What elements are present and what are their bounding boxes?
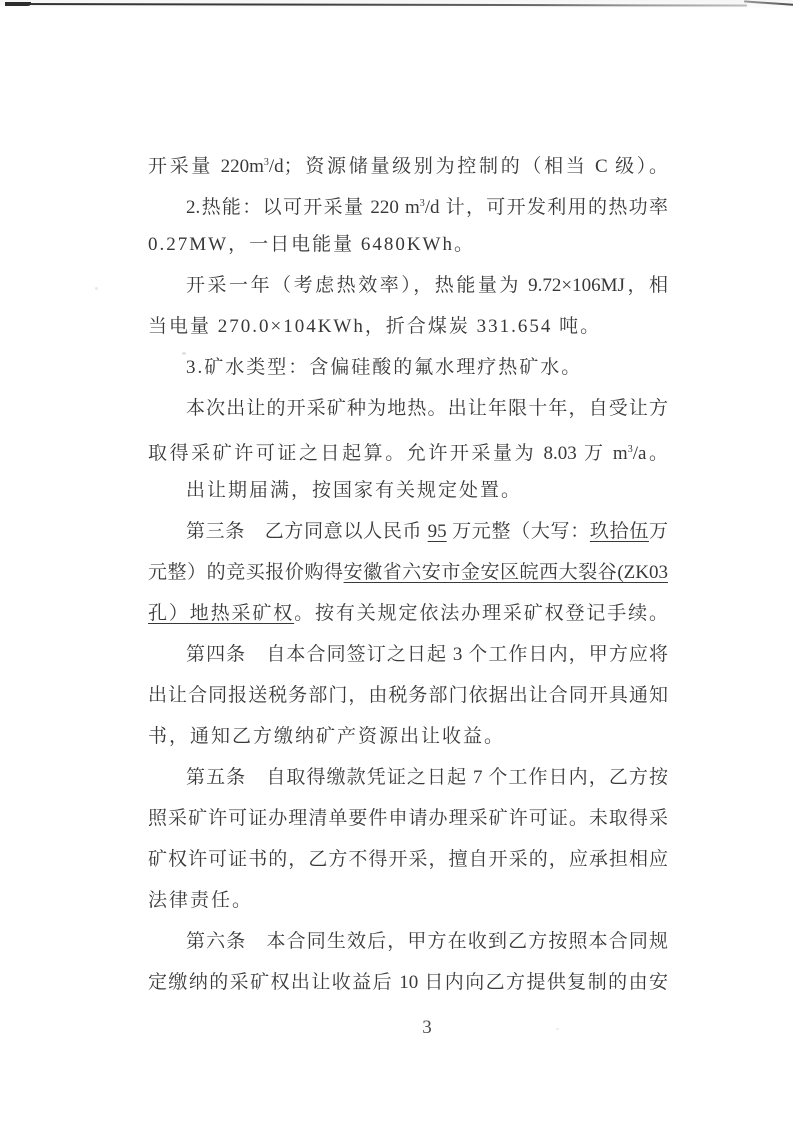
page-number: 3	[357, 1015, 497, 1041]
text-line: 定缴纳的采矿权出让收益后 10 日内向乙方提供复制的由安	[148, 962, 668, 1003]
scan-speck	[556, 1028, 559, 1030]
text-line: 孔）地热采矿权。按有关规定依法办理采矿权登记手续。	[148, 593, 668, 634]
paragraph-clause-3-price: 第三条 乙方同意以人民币 95 万元整（大写：玖拾伍万元整）的竞买报价购得安徽省…	[148, 511, 668, 634]
text-run: 法律责任。	[148, 890, 253, 911]
text-line: 第六条 本合同生效后，甲方在收到乙方按照本合同规	[148, 921, 668, 962]
text-run: 当电量 270.0×104KWh，折合煤炭 331.654 吨。	[148, 316, 601, 337]
underlined-text: 玖拾伍	[590, 521, 649, 542]
text-run: 开采量 220m	[148, 156, 264, 177]
text-run: 2.热能：以可开采量 220 m	[186, 197, 420, 218]
text-run: 第六条 本合同生效后，甲方在收到乙方按照本合同规	[186, 931, 668, 952]
text-line: 本次出让的开采矿种为地热。出让年限十年，自受让方	[148, 388, 668, 429]
text-line: 第五条 自取得缴款凭证之日起 7 个工作日内，乙方按	[148, 757, 668, 798]
text-line: 取得采矿许可证之日起算。允许开采量为 8.03 万 m3/a。	[148, 429, 668, 470]
scan-artifact-top-right-slant	[744, 0, 793, 6]
text-line: 出让期届满，按国家有关规定处置。	[148, 470, 668, 511]
text-line: 开采量 220m3/d；资源储量级别为控制的（相当 C 级）。	[148, 142, 668, 183]
text-run: 开采一年（考虑热效率），热能量为 9.72×106MJ，相	[186, 275, 668, 296]
paragraph-clause-5-mining-permit: 第五条 自取得缴款凭证之日起 7 个工作日内，乙方按照采矿许可证办理清单要件申请…	[148, 757, 668, 921]
text-run: 万	[649, 521, 668, 542]
text-run: /d 计，可开发利用的热功率	[425, 197, 668, 218]
text-line: 开采一年（考虑热效率），热能量为 9.72×106MJ，相	[148, 265, 668, 306]
text-run: 本次出让的开采矿种为地热。出让年限十年，自受让方	[186, 398, 668, 419]
text-run: 0.27MW，一日电能量 6480KWh。	[148, 234, 475, 255]
text-run: 照采矿许可证办理清单要件申请办理采矿许可证。未取得采	[148, 808, 668, 829]
text-line: 出让合同报送税务部门，由税务部门依据出让合同开具通知	[148, 675, 668, 716]
underlined-text: 孔）地热采矿权	[148, 603, 294, 624]
text-line: 书，通知乙方缴纳矿产资源出让收益。	[148, 716, 668, 757]
paragraph-item-2-thermal-energy: 2.热能：以可开采量 220 m3/d 计，可开发利用的热功率0.27MW，一日…	[148, 183, 668, 265]
text-run: /d；资源储量级别为控制的（相当 C 级）。	[269, 156, 668, 177]
text-run: 出让期届满，按国家有关规定处置。	[186, 480, 522, 501]
text-run: 第四条 自本合同签订之日起 3 个工作日内，甲方应将	[186, 644, 668, 665]
text-run: /a。	[633, 443, 668, 464]
text-line: 矿权许可证书的，乙方不得开采，擅自开采的，应承担相应	[148, 839, 668, 880]
text-line: 0.27MW，一日电能量 6480KWh。	[148, 224, 668, 265]
text-run: 第三条 乙方同意以人民币	[186, 521, 428, 542]
paragraph-clause-6-effectiveness: 第六条 本合同生效后，甲方在收到乙方按照本合同规定缴纳的采矿权出让收益后 10 …	[148, 921, 668, 1003]
text-run: 出让合同报送税务部门，由税务部门依据出让合同开具通知	[148, 685, 668, 706]
text-run: 取得采矿许可证之日起算。允许开采量为 8.03 万 m	[148, 443, 628, 464]
underlined-text: 安徽省六安市金安区皖西大裂谷(ZK03	[344, 562, 668, 583]
text-run: 定缴纳的采矿权出让收益后 10 日内向乙方提供复制的由安	[148, 972, 668, 993]
paragraph-transfer-expiry: 出让期届满，按国家有关规定处置。	[148, 470, 668, 511]
text-line: 第四条 自本合同签订之日起 3 个工作日内，甲方应将	[148, 634, 668, 675]
scan-speck	[95, 287, 98, 290]
scan-artifact-top-left-wedge	[5, 2, 31, 6]
paragraph-transfer-species-and-term: 本次出让的开采矿种为地热。出让年限十年，自受让方取得采矿许可证之日起算。允许开采…	[148, 388, 668, 470]
text-line: 当电量 270.0×104KWh，折合煤炭 331.654 吨。	[148, 306, 668, 347]
text-run: 矿权许可证书的，乙方不得开采，擅自开采的，应承担相应	[148, 849, 668, 870]
contract-body: 开采量 220m3/d；资源储量级别为控制的（相当 C 级）。2.热能：以可开采…	[148, 142, 668, 1003]
scanned-contract-page: 开采量 220m3/d；资源储量级别为控制的（相当 C 级）。2.热能：以可开采…	[0, 0, 793, 1122]
text-line: 3.矿水类型：含偏硅酸的氟水理疗热矿水。	[148, 347, 668, 388]
text-run: 书，通知乙方缴纳矿产资源出让收益。	[148, 726, 505, 747]
paragraph-clause-4-tax-notification: 第四条 自本合同签订之日起 3 个工作日内，甲方应将出让合同报送税务部门，由税务…	[148, 634, 668, 757]
underlined-text: 95	[428, 521, 447, 542]
paragraph-annual-extraction-energy: 开采一年（考虑热效率），热能量为 9.72×106MJ，相当电量 270.0×1…	[148, 265, 668, 347]
scan-artifact-top-edge	[7, 3, 747, 7]
text-run: 元整）的竞买报价购得	[148, 562, 344, 583]
text-line: 2.热能：以可开采量 220 m3/d 计，可开发利用的热功率	[148, 183, 668, 224]
paragraph-clause-continuation-extraction-volume: 开采量 220m3/d；资源储量级别为控制的（相当 C 级）。	[148, 142, 668, 183]
text-line: 元整）的竞买报价购得安徽省六安市金安区皖西大裂谷(ZK03	[148, 552, 668, 593]
text-run: 3.矿水类型：含偏硅酸的氟水理疗热矿水。	[186, 357, 582, 378]
text-line: 照采矿许可证办理清单要件申请办理采矿许可证。未取得采	[148, 798, 668, 839]
paragraph-item-3-mineral-water-type: 3.矿水类型：含偏硅酸的氟水理疗热矿水。	[148, 347, 668, 388]
text-line: 法律责任。	[148, 880, 668, 921]
text-run: 第五条 自取得缴款凭证之日起 7 个工作日内，乙方按	[186, 767, 668, 788]
text-line: 第三条 乙方同意以人民币 95 万元整（大写：玖拾伍万	[148, 511, 668, 552]
text-run: 。按有关规定依法办理采矿权登记手续。	[294, 603, 668, 624]
text-run: 万元整（大写：	[447, 521, 590, 542]
